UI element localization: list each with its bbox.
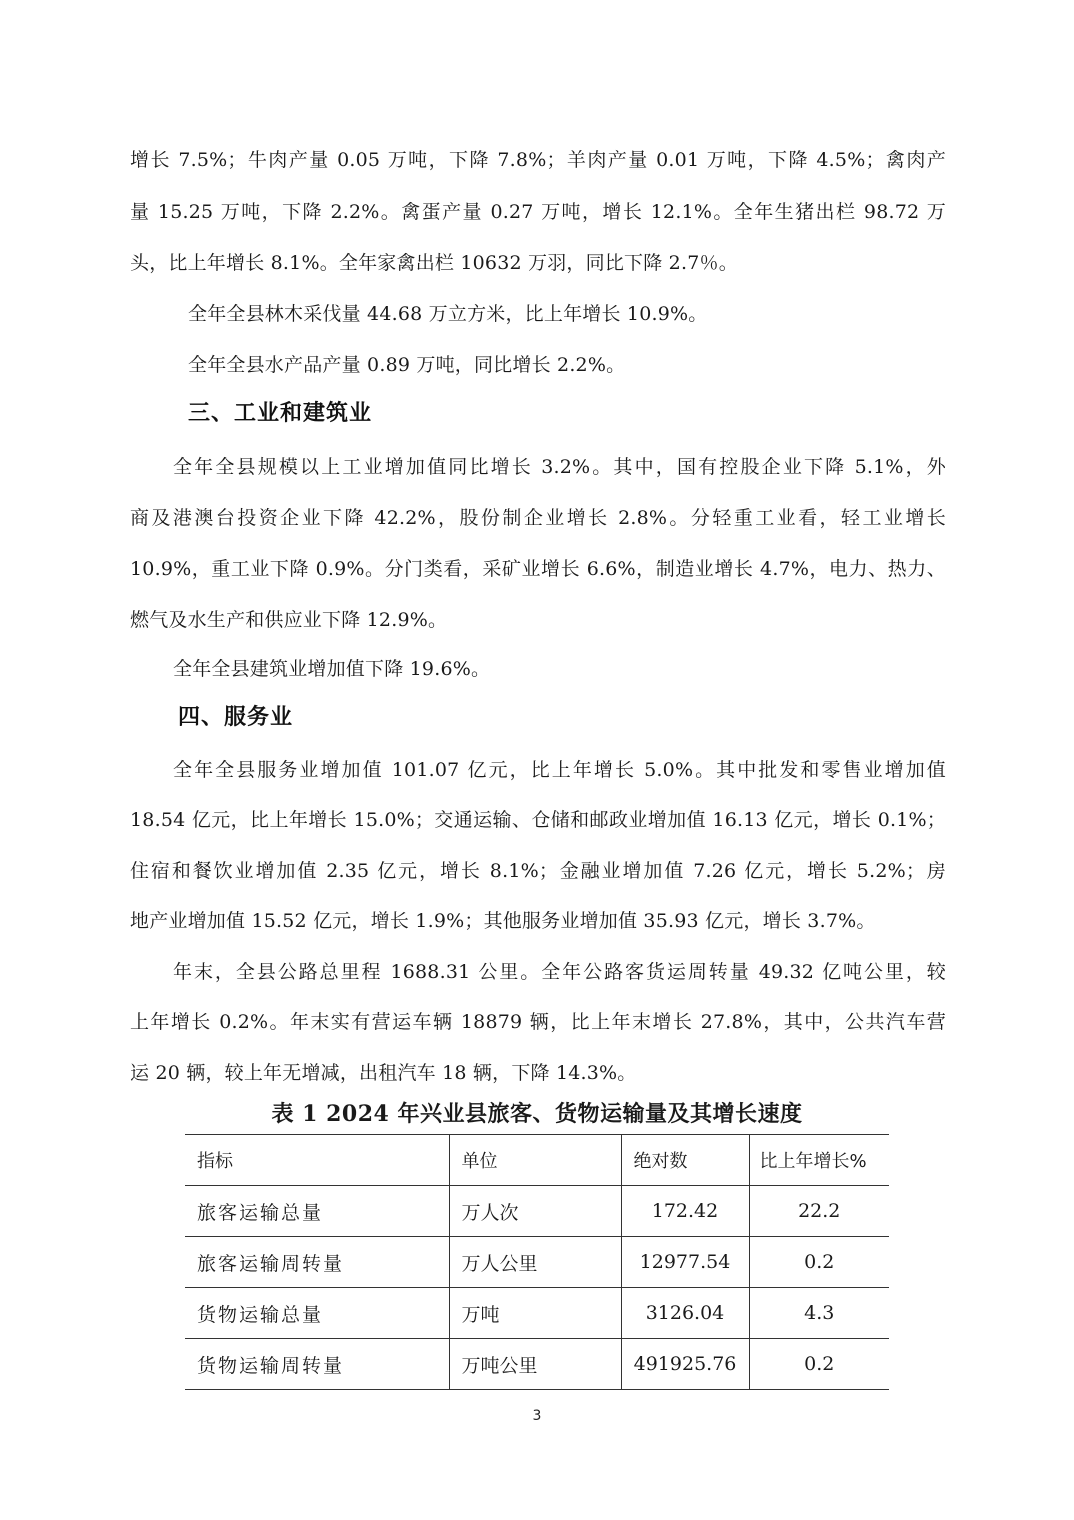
table-title: 表 1 2024 年兴业县旅客、货物运输量及其增长速度 — [185, 1099, 889, 1129]
cell-unit: 万吨公里 — [449, 1339, 621, 1390]
cell-growth: 22.2 — [749, 1186, 889, 1237]
section-heading-industry: 三、工业和建筑业 — [188, 400, 372, 428]
paragraph-transport-line-1: 年末，全县公路总里程 1688.31 公里。全年公路客货运周转量 49.32 亿… — [173, 960, 946, 984]
cell-indicator: 货物运输周转量 — [185, 1339, 449, 1390]
column-header-indicator: 指标 — [185, 1135, 449, 1186]
paragraph-transport-line-2: 上年增长 0.2%。年末实有营运车辆 18879 辆，比上年末增长 27.8%，… — [130, 1010, 946, 1034]
paragraph-fishery: 全年全县水产品产量 0.89 万吨，同比增长 2.2%。 — [188, 353, 948, 377]
cell-indicator: 旅客运输总量 — [185, 1186, 449, 1237]
cell-unit: 万人次 — [449, 1186, 621, 1237]
column-header-value: 绝对数 — [621, 1135, 749, 1186]
paragraph-construction: 全年全县建筑业增加值下降 19.6%。 — [173, 657, 946, 681]
table-row: 旅客运输周转量 万人公里 12977.54 0.2 — [185, 1237, 889, 1288]
paragraph-services-line-2: 18.54 亿元，比上年增长 15.0%；交通运输、仓储和邮政业增加值 16.1… — [130, 808, 946, 832]
column-header-growth: 比上年增长% — [749, 1135, 889, 1186]
cell-unit: 万吨 — [449, 1288, 621, 1339]
document-page: 增长 7.5%；牛肉产量 0.05 万吨，下降 7.8%；羊肉产量 0.01 万… — [0, 0, 1074, 1520]
paragraph-industry-line-2: 商及港澳台投资企业下降 42.2%，股份制企业增长 2.8%。分轻重工业看，轻工… — [130, 506, 946, 530]
transport-table: 指标 单位 绝对数 比上年增长% 旅客运输总量 万人次 172.42 22.2 … — [185, 1134, 889, 1390]
cell-growth: 0.2 — [749, 1339, 889, 1390]
cell-growth: 0.2 — [749, 1237, 889, 1288]
cell-indicator: 旅客运输周转量 — [185, 1237, 449, 1288]
section-heading-services: 四、服务业 — [178, 704, 293, 732]
paragraph-industry-line-1: 全年全县规模以上工业增加值同比增长 3.2%。其中，国有控股企业下降 5.1%，… — [173, 455, 946, 479]
paragraph-services-line-1: 全年全县服务业增加值 101.07 亿元，比上年增长 5.0%。其中批发和零售业… — [173, 758, 946, 782]
cell-value: 3126.04 — [621, 1288, 749, 1339]
cell-value: 12977.54 — [621, 1237, 749, 1288]
paragraph-industry-line-4: 燃气及水生产和供应业下降 12.9%。 — [130, 608, 946, 632]
paragraph-livestock-line-1: 增长 7.5%；牛肉产量 0.05 万吨，下降 7.8%；羊肉产量 0.01 万… — [130, 148, 946, 172]
cell-indicator: 货物运输总量 — [185, 1288, 449, 1339]
paragraph-transport-line-3: 运 20 辆，较上年无增减，出租汽车 18 辆，下降 14.3%。 — [130, 1061, 946, 1085]
cell-value: 491925.76 — [621, 1339, 749, 1390]
paragraph-industry-line-3: 10.9%，重工业下降 0.9%。分门类看，采矿业增长 6.6%，制造业增长 4… — [130, 557, 946, 581]
cell-value: 172.42 — [621, 1186, 749, 1237]
table-header-row: 指标 单位 绝对数 比上年增长% — [185, 1135, 889, 1186]
cell-growth: 4.3 — [749, 1288, 889, 1339]
column-header-unit: 单位 — [449, 1135, 621, 1186]
paragraph-services-line-4: 地产业增加值 15.52 亿元，增长 1.9%；其他服务业增加值 35.93 亿… — [130, 909, 946, 933]
page-number: 3 — [0, 1408, 1074, 1424]
paragraph-livestock-line-3: 头，比上年增长 8.1%。全年家禽出栏 10632 万羽，同比下降 2.7％。 — [130, 251, 946, 275]
paragraph-forestry: 全年全县林木采伐量 44.68 万立方米，比上年增长 10.9%。 — [188, 302, 948, 326]
table-row: 旅客运输总量 万人次 172.42 22.2 — [185, 1186, 889, 1237]
table-row: 货物运输周转量 万吨公里 491925.76 0.2 — [185, 1339, 889, 1390]
paragraph-livestock-line-2: 量 15.25 万吨，下降 2.2%。禽蛋产量 0.27 万吨，增长 12.1%… — [130, 200, 946, 224]
table-row: 货物运输总量 万吨 3126.04 4.3 — [185, 1288, 889, 1339]
cell-unit: 万人公里 — [449, 1237, 621, 1288]
paragraph-services-line-3: 住宿和餐饮业增加值 2.35 亿元，增长 8.1%；金融业增加值 7.26 亿元… — [130, 859, 946, 883]
